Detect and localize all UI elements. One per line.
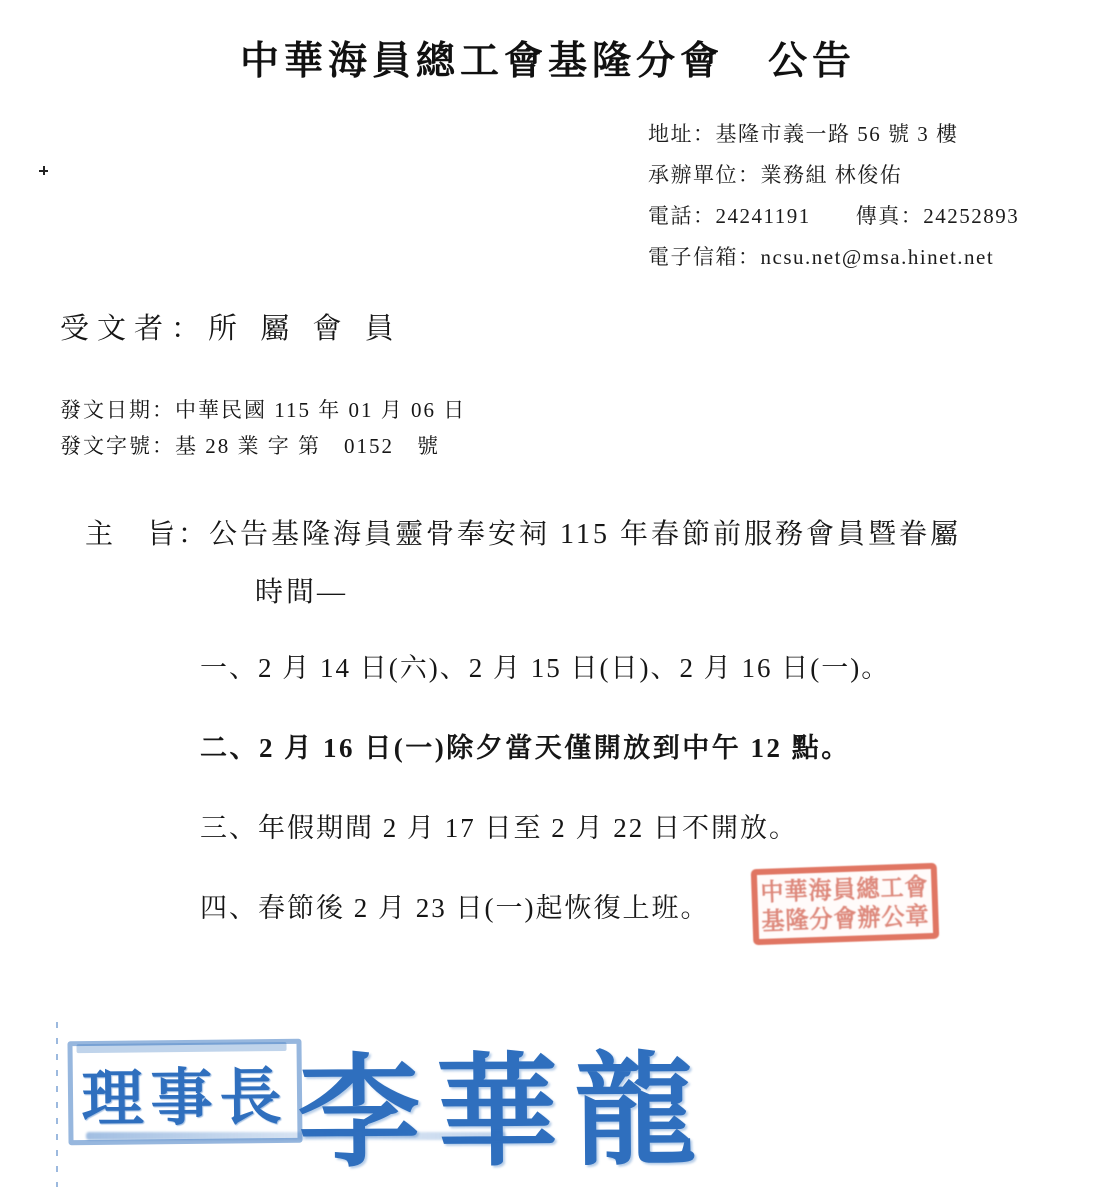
chairman-title-stamp: 理事長 [67,1039,302,1145]
seal-row-bottom: 基隆分會辦公章 [761,900,930,936]
recipient-line: 受文者：所 屬 會 員 [60,306,402,347]
email-line: 電子信箱：ncsu.net@msa.hinet.net [648,237,1019,278]
red-seal-stamp: 中華海員總工會 基隆分會辦公章 [751,863,940,945]
subject-body: 公告基隆海員靈骨奉安祠 115 年春節前服務會員暨眷屬 時間— [209,512,961,610]
phone-fax-line: 電話：24241191 傳真：24252893 [648,196,1019,237]
document-page: 中華海員總工會基隆分會 公告 地址：基隆市義一路 56 號 3 樓 承辦單位：業… [0,0,1118,1187]
list-item: 三、年假期間 2 月 17 日至 2 月 22 日不開放。 [200,806,798,845]
subject-text-line1: 公告基隆海員靈骨奉安祠 115 年春節前服務會員暨眷屬 [209,512,961,552]
reference-block: 發文日期：中華民國 115 年 01 月 06 日 發文字號：基 28 業 字 … [60,392,466,464]
list-item: 四、春節後 2 月 23 日(一)起恢復上班。 [200,886,709,925]
chairman-title-text: 理事長 [81,1046,289,1137]
list-item: 一、2 月 14 日(六)、2 月 15 日(日)、2 月 16 日(一)。 [200,646,890,685]
stamp-ink-smudge [86,1132,506,1140]
handler-line: 承辦單位：業務組 林俊佑 [648,155,1019,196]
announcement-title: 中華海員總工會基隆分會 公告 [0,30,1096,86]
subject-text-line2: 時間— [255,570,961,610]
doc-number-line: 發文字號：基 28 業 字 第 0152 號 [60,428,466,464]
address-line: 地址：基隆市義一路 56 號 3 樓 [648,114,1019,155]
blue-line-artifact [56,1022,58,1187]
issue-date-line: 發文日期：中華民國 115 年 01 月 06 日 [60,392,466,428]
list-item: 二、2 月 16 日(一)除夕當天僅開放到中午 12 點。 [200,726,851,765]
subject-label: 主 旨： [85,512,209,610]
chairman-name-signature: 李華龍 [297,1013,712,1187]
subject-row: 主 旨： 公告基隆海員靈骨奉安祠 115 年春節前服務會員暨眷屬 時間— [85,512,961,610]
contact-block: 地址：基隆市義一路 56 號 3 樓 承辦單位：業務組 林俊佑 電話：24241… [648,114,1019,278]
scan-dot-artifact [39,166,48,175]
